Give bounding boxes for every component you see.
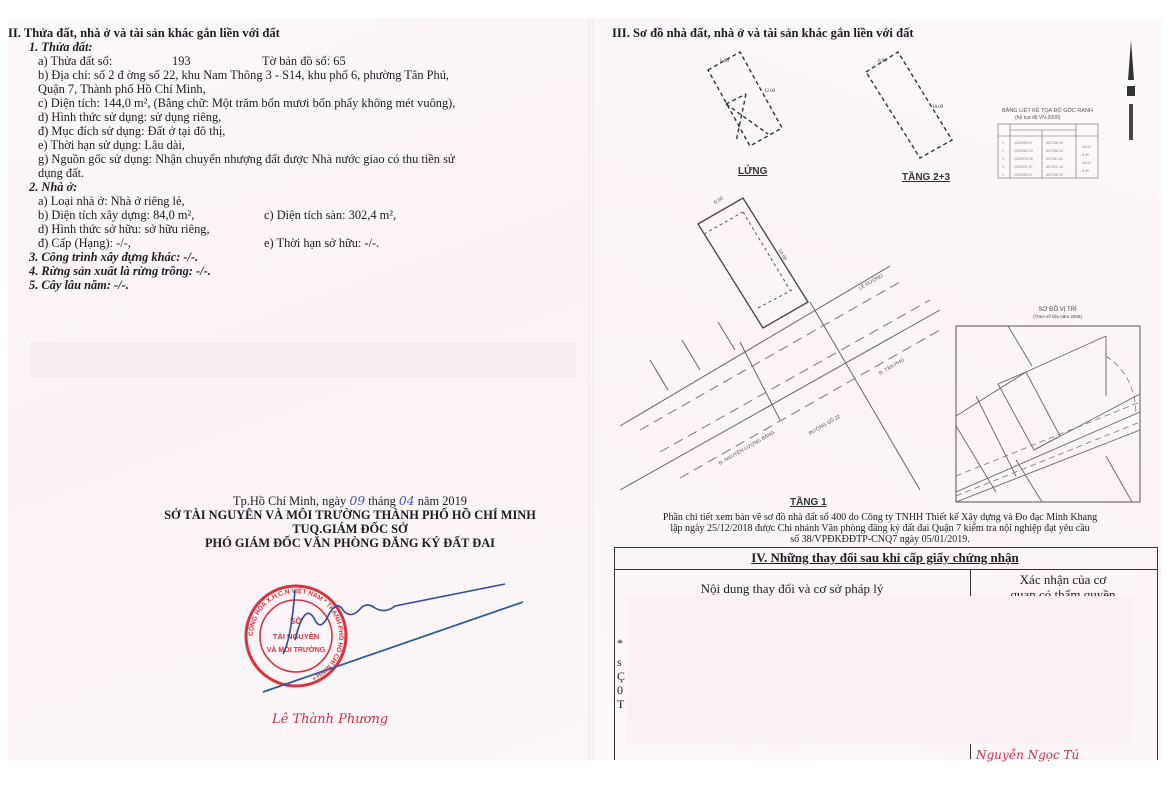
table-divider (614, 569, 1157, 570)
fragment-4: 0 (617, 683, 623, 697)
svg-text:607361.82: 607361.82 (1046, 157, 1063, 161)
svg-text:1180576.26: 1180576.26 (1014, 157, 1033, 161)
house-grade: đ) Cấp (Hạng): -/-, (38, 236, 131, 250)
redacted-notes (30, 342, 576, 378)
svg-text:607338.99: 607338.99 (1046, 173, 1063, 177)
issue-month: 04 (399, 493, 415, 508)
house-type: a) Loại nhà ở: Nhà ở riêng lẻ, (38, 194, 185, 208)
svg-text:6.00: 6.00 (713, 196, 725, 206)
fragment-1: * (617, 636, 623, 650)
other-constructions: 3. Công trình xây dựng khác: -/-. (29, 250, 198, 264)
svg-text:8.00: 8.00 (1082, 153, 1089, 157)
page-fold (588, 18, 594, 760)
mezzanine-label: LỬNG (738, 166, 767, 177)
changes-col-content-header: Nội dung thay đổi và cơ sở pháp lý (614, 581, 970, 596)
ownership-form: d) Hình thức sở hữu: sở hữu riêng, (38, 222, 210, 236)
svg-text:6.00: 6.00 (720, 59, 729, 64)
land-origin: g) Nguồn gốc sử dụng: Nhận chuyển nhượng… (38, 152, 455, 166)
map-sheet-number: Tờ bản đồ số: 65 (262, 54, 346, 68)
svg-text:1180595.97: 1180595.97 (1014, 173, 1033, 177)
location-map-subtitle: (Theo số liệu năm 2005) (955, 314, 1160, 320)
svg-text:607322.18: 607322.18 (1046, 165, 1063, 169)
svg-text:4: 4 (1002, 165, 1004, 169)
land-use-term: e) Thời hạn sử dụng: Lâu dài, (38, 138, 185, 152)
north-arrow-icon (1124, 40, 1138, 140)
svg-text:1: 1 (1002, 141, 1004, 145)
changes-table-title: IV. Những thay đổi sau khi cấp giấy chứn… (614, 550, 1156, 565)
svg-text:2: 2 (1002, 149, 1004, 153)
parcel-number: 193 (172, 54, 191, 68)
svg-text:6.00: 6.00 (878, 59, 887, 64)
diagram-note-line3: số 38/VPĐKĐĐTP-CNQ7 ngày 05/01/2019. (600, 534, 1160, 545)
house-heading: 2. Nhà ở: (29, 180, 77, 194)
svg-text:18.00: 18.00 (1082, 145, 1091, 149)
land-heading: 1. Thửa đất: (29, 40, 93, 54)
section-ii-title: II. Thửa đất, nhà ở và tài sản khác gắn … (8, 26, 280, 40)
svg-text:3: 3 (1002, 157, 1004, 161)
changes-col-confirm-header: Xác nhận của cơ (970, 572, 1156, 587)
coord-table-title: BẢNG LIỆT KÊ TỌA ĐỘ GÓC RANH (1002, 108, 1093, 114)
svg-text:18.00: 18.00 (932, 105, 944, 110)
fragment-3: Ç (617, 669, 625, 683)
issue-date: Tp.Hồ Chí Minh, ngày 09 tháng 04 năm 201… (150, 494, 550, 508)
year-label: năm 2019 (418, 494, 467, 508)
change-signer-name: Nguyễn Ngọc Tú (976, 748, 1079, 762)
date-prefix: Tp.Hồ Chí Minh, ngày (233, 494, 346, 508)
location-map-diagram (956, 326, 1142, 504)
floor23-label: TẦNG 2+3 (902, 172, 950, 183)
diagram-note-line1: Phần chi tiết xem bản vẽ sơ đồ nhà đất s… (600, 512, 1160, 523)
svg-text:18.00: 18.00 (1082, 161, 1091, 165)
redacted-changes-content (627, 596, 1133, 744)
coordinates-table: 11180595.97607338.99 21180580.15607356.0… (998, 124, 1100, 180)
floor1-site-plan-diagram: 6.00 18.00 ĐƯỜNG SỐ 22 Đ. NGUYỄN LƯƠNG B… (600, 190, 950, 510)
land-address: b) Địa chỉ: số 2 đ ờng số 22, khu Nam Th… (38, 68, 449, 82)
signer-position: PHÓ GIÁM ĐỐC VĂN PHÒNG ĐĂNG KÝ ĐẤT ĐAI (140, 536, 560, 550)
svg-text:1: 1 (1002, 173, 1004, 177)
land-origin-cont: dụng đất. (38, 166, 84, 180)
construction-area: b) Diện tích xây dựng: 84,0 m², (38, 208, 194, 222)
coord-table-subtitle: (hệ tọa độ VN-2000) (1015, 115, 1060, 121)
land-area: c) Diện tích: 144,0 m², (Bằng chữ: Một t… (38, 96, 455, 110)
month-label: tháng (368, 494, 396, 508)
on-behalf-of: TUQ.GIÁM ĐỐC SỞ (140, 522, 560, 536)
floor-area: c) Diện tích sàn: 302,4 m², (264, 208, 396, 222)
svg-text:LỀ ĐƯỜNG: LỀ ĐƯỜNG (858, 272, 885, 292)
land-use-form: d) Hình thức sử dụng: sử dụng riêng, (38, 110, 221, 124)
parcel-number-label: a) Thửa đất số: (38, 54, 112, 68)
fragment-5: T (617, 697, 624, 711)
production-forest: 4. Rừng sản xuất là rừng trồng: -/-. (29, 264, 211, 278)
floor23-plan-diagram: 6.00 18.00 (862, 50, 982, 160)
signer-name: Lê Thành Phương (272, 712, 388, 727)
svg-text:Đ. TÂN PHÚ: Đ. TÂN PHÚ (878, 356, 906, 376)
svg-text:1180595.97: 1180595.97 (1014, 141, 1033, 145)
section-iii-title: III. Sơ đồ nhà đất, nhà ở và tài sản khá… (612, 26, 914, 40)
svg-text:1180591.57: 1180591.57 (1014, 165, 1033, 169)
svg-text:607338.99: 607338.99 (1046, 141, 1063, 145)
floor1-label: TẦNG 1 (790, 497, 827, 508)
ownership-term: e) Thời hạn sở hữu: -/-. (264, 236, 379, 250)
diagram-note-line2: lập ngày 25/12/2018 được Chi nhánh Văn p… (600, 523, 1160, 534)
svg-text:1180580.15: 1180580.15 (1014, 149, 1033, 153)
perennial-trees: 5. Cây lâu năm: -/-. (29, 278, 129, 292)
svg-text:ĐƯỜNG SỐ 22: ĐƯỜNG SỐ 22 (808, 413, 842, 437)
mezzanine-plan-diagram: 6.00 12.00 (700, 50, 820, 160)
svg-text:12.00: 12.00 (764, 89, 776, 94)
fragment-2: s (617, 655, 622, 669)
signature-icon (255, 570, 535, 710)
svg-text:8.00: 8.00 (1082, 169, 1089, 173)
location-map-title: SƠ ĐỒ VỊ TRÍ (955, 307, 1160, 314)
land-use-purpose: đ) Mục đích sử dụng: Đất ở tại đô thị, (38, 124, 225, 138)
issuing-authority: SỞ TÀI NGUYÊN VÀ MÔI TRƯỜNG THÀNH PHỐ HỒ… (140, 508, 560, 522)
svg-text:Đ. NGUYỄN LƯƠNG BẰNG: Đ. NGUYỄN LƯƠNG BẰNG (717, 428, 776, 467)
issue-day: 09 (349, 493, 365, 508)
land-address-cont: Quận 7, Thành phố Hồ Chí Minh, (38, 82, 206, 96)
svg-text:607356.03: 607356.03 (1046, 149, 1063, 153)
